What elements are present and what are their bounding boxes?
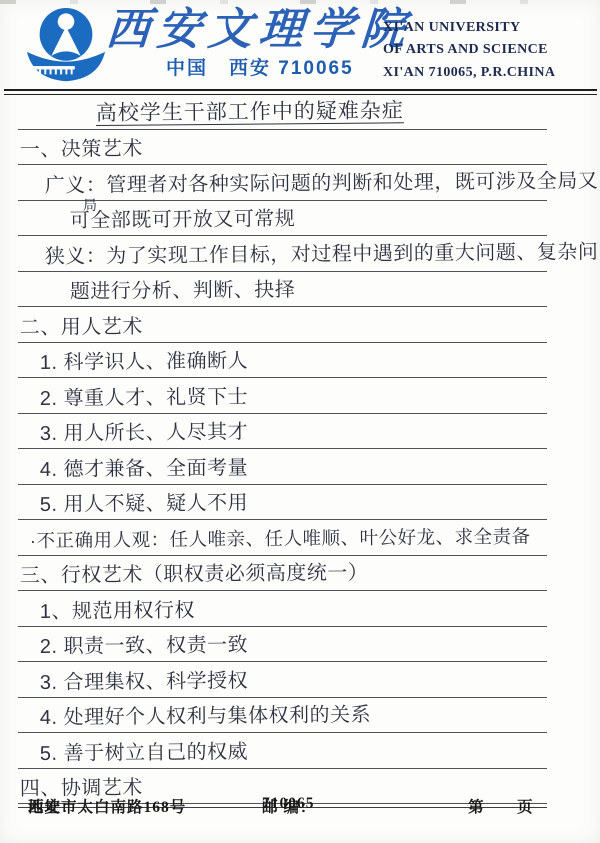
note-text: 二、用人艺术 [20, 309, 143, 341]
note-text: 2. 尊重人才、礼贤下士 [40, 380, 249, 413]
university-name-chinese: 西安文理学院 [104, 6, 413, 54]
address-value: 西安市太白南路168号 [28, 795, 186, 817]
note-text: 高校学生干部工作中的疑难杂症 [96, 94, 404, 129]
note-line: 4. 德才兼备、全面考量 [18, 449, 547, 485]
note-text: 4. 处理好个人权利与集体权利的关系 [40, 698, 372, 732]
note-text: 1. 科学识人、准确断人 [40, 344, 249, 377]
scanned-note-page: 西安文理学院 中国 西安 710065 XI'AN UNIVERSITY OF … [0, 0, 600, 843]
note-line: 2. 职责一致、权责一致 [18, 627, 547, 663]
note-text: 3. 合理集权、科学授权 [40, 664, 249, 697]
page-label-first: 第 [468, 795, 485, 817]
note-text: ·不正确用人观：任人唯亲、任人唯顺、叶公好龙、求全责备 [30, 522, 531, 554]
note-line: 3. 合理集权、科学授权 [18, 662, 547, 698]
note-line: 2. 尊重人才、礼贤下士 [18, 378, 547, 414]
handwritten-notes: 局 高校学生干部工作中的疑难杂症一、决策艺术广义：管理者对各种实际问题的判断和处… [18, 94, 547, 804]
note-line: 一、决策艺术 [18, 130, 547, 166]
note-line: 5. 善于树立自己的权威 [18, 733, 547, 769]
note-line: 二、用人艺术 [18, 307, 547, 343]
note-line: 题进行分析、判断、抉择 [18, 272, 547, 308]
note-text: 广义：管理者对各种实际问题的判断和处理，既可涉及全局又 [45, 164, 599, 200]
note-line: 狭义：为了实现工作目标，对过程中遇到的重大问题、复杂问 [18, 236, 547, 272]
note-line: 3. 用人所长、人尽其才 [18, 414, 547, 450]
note-text: 5. 善于树立自己的权威 [40, 735, 249, 768]
english-line-1: XI'AN UNIVERSITY [383, 17, 595, 39]
university-name-english: XI'AN UNIVERSITY OF ARTS AND SCIENCE XI'… [383, 17, 595, 84]
inserted-correction-char: 局 [83, 195, 97, 215]
note-line: 1、规范用权行权 [18, 591, 547, 627]
note-line: 三、行权艺术（职权责必须高度统一） [18, 556, 547, 592]
note-text: 一、决策艺术 [20, 132, 143, 164]
note-text: 三、行权艺术（职权责必须高度统一） [20, 556, 369, 590]
university-location-line: 中国 西安 710065 [166, 53, 354, 80]
postcode-value: 710065 [262, 795, 315, 813]
page-label-last: 页 [517, 795, 534, 817]
note-text: 题进行分析、判断、抉择 [70, 273, 296, 306]
note-text: 狭义：为了实现工作目标，对过程中遇到的重大问题、复杂问 [45, 235, 599, 271]
english-line-2: OF ARTS AND SCIENCE [383, 39, 595, 61]
note-line: 广义：管理者对各种实际问题的判断和处理，既可涉及全局又 [18, 165, 547, 201]
note-text: 1、规范用权行权 [40, 593, 195, 625]
note-text: 2. 职责一致、权责一致 [40, 628, 249, 661]
note-line: 1. 科学识人、准确断人 [18, 343, 547, 379]
footer: 地址：西安市太白南路168号 邮 编：710065 第 页 [0, 795, 600, 819]
note-text: 4. 德才兼备、全面考量 [40, 451, 249, 484]
note-line: 可全部既可开放又可常规 [18, 201, 547, 237]
university-logo-icon [22, 6, 110, 90]
english-line-3: XI'AN 710065, P.R.CHINA [383, 62, 595, 84]
note-line: 4. 处理好个人权利与集体权利的关系 [18, 698, 547, 734]
note-text: 可全部既可开放又可常规 [70, 202, 296, 235]
note-line: 5. 用人不疑、疑人不用 [18, 485, 547, 521]
note-text: 5. 用人不疑、疑人不用 [40, 486, 249, 519]
note-line: ·不正确用人观：任人唯亲、任人唯顺、叶公好龙、求全责备 [18, 520, 547, 556]
note-line: 高校学生干部工作中的疑难杂症 [18, 94, 547, 130]
note-text: 3. 用人所长、人尽其才 [40, 415, 249, 448]
